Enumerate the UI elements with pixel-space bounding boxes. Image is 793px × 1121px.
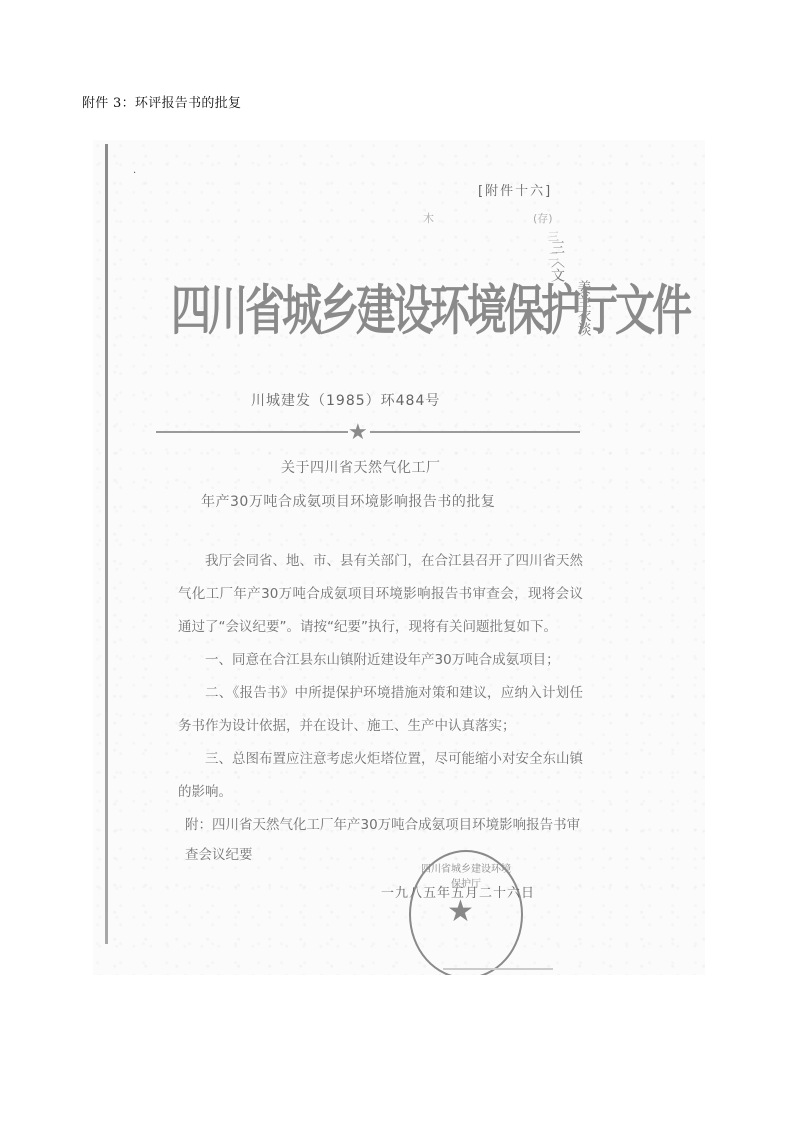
- paragraph: 一、同意在合江县东山镇附近建设年产30万吨合成氨项目；: [178, 644, 583, 677]
- attachment-label: 附：: [185, 817, 212, 833]
- paragraph: 二、《报告书》中所提保护环境措施对策和建议，应纳入计划任务书作为设计依据，并在设…: [178, 677, 583, 743]
- star-icon: ★: [348, 420, 368, 445]
- paragraph: 我厅会同省、地、市、县有关部门，在合江县召开了四川省天然气化工厂年产30万吨合成…: [178, 545, 583, 644]
- separator-rule: [370, 431, 580, 433]
- sequence-label: [附件十六]: [478, 180, 552, 199]
- faint-note: (存): [533, 210, 553, 226]
- official-seal: 四川省城乡建设环境保护厅 ★: [409, 850, 523, 975]
- faint-note: 木: [423, 210, 434, 226]
- document-title: 四川省城乡建设环境保护厅文件: [171, 268, 551, 345]
- subject-line-2: 年产30万吨合成氨项目环境影响报告书的批复: [201, 491, 495, 511]
- attachment-text: 四川省天然气化工厂年产30万吨合成氨项目环境影响报告书审查会议纪要: [185, 817, 580, 863]
- subject-line-1: 关于四川省天然气化工厂: [281, 457, 441, 477]
- scanned-document: · [附件十六] 木 (存) 三 二 三〈文 姜兰衣谈 四川省城乡建设环境保护厅…: [93, 140, 705, 975]
- attachment-caption: 附件 3：环评报告书的批复: [82, 92, 241, 111]
- paragraph: 三、总图布置应注意考虑火炬塔位置，尽可能缩小对安全东山镇的影响。: [178, 743, 583, 809]
- corner-mark: ·: [133, 168, 136, 179]
- scan-streak: [443, 968, 553, 970]
- document-number: 川城建发（1985）环484号: [251, 390, 440, 410]
- separator-rule: [156, 431, 348, 433]
- attachment-note: 附：四川省天然气化工厂年产30万吨合成氨项目环境影响报告书审查会议纪要: [185, 810, 585, 870]
- issue-date: 一九八五年五月二十六日: [381, 882, 535, 901]
- binding-line: [105, 144, 108, 944]
- body-text: 我厅会同省、地、市、县有关部门，在合江县召开了四川省天然气化工厂年产30万吨合成…: [178, 545, 583, 809]
